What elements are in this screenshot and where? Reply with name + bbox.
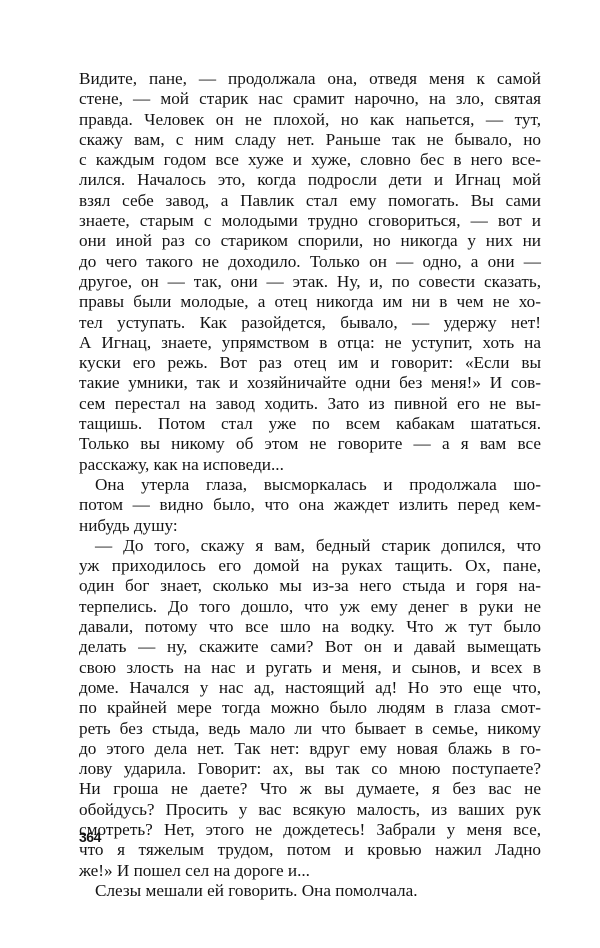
page-number: 364 [79, 829, 101, 845]
text-line: давали, потому что все шло на водку. Что… [79, 617, 541, 637]
text-line: обойдусь? Просить у вас всякую малость, … [79, 800, 541, 820]
text-line: куски его режь. Вот раз отец им и говори… [79, 353, 541, 373]
text-line: знаете, старым с молодыми трудно сговори… [79, 211, 541, 231]
text-line: один бог знает, сколько мы из-за него ст… [79, 576, 541, 596]
text-line: же!» И пошел сел на дороге и... [79, 861, 541, 881]
text-line: Видите, пане, — продолжала она, отведя м… [79, 69, 541, 89]
text-line: лову ударила. Говорит: ах, вы так со мно… [79, 759, 541, 779]
text-line: — До того, скажу я вам, бедный старик до… [79, 536, 541, 556]
text-line: нибудь душу: [79, 516, 541, 536]
text-line: правы были молодые, а отец никогда им ни… [79, 292, 541, 312]
text-line: расскажу, как на исповеди... [79, 455, 541, 475]
text-line: потом — видно было, что она жаждет излит… [79, 495, 541, 515]
text-line: правда. Человек он не плохой, но как нап… [79, 110, 541, 130]
text-line: доме. Начался у нас ад, настоящий ад! Но… [79, 678, 541, 698]
text-line: Ни гроша не даете? Что ж вы думаете, я б… [79, 779, 541, 799]
text-line: с каждым годом все хуже и хуже, словно б… [79, 150, 541, 170]
text-line: реть без стыда, ведь мало ли что бывает … [79, 719, 541, 739]
text-line: до этого дела нет. Так нет: вдруг ему но… [79, 739, 541, 759]
text-line: они иной раз со стариком спорили, но ник… [79, 231, 541, 251]
text-line: терпелись. До того дошло, что уж ему ден… [79, 597, 541, 617]
page-text-block: Видите, пане, — продолжала она, отведя м… [79, 69, 541, 901]
text-line: смотреть? Нет, этого не дождетесь! Забра… [79, 820, 541, 840]
text-line: уж приходилось его домой на руках тащить… [79, 556, 541, 576]
text-line: Она утерла глаза, высморкалась и продолж… [79, 475, 541, 495]
text-line: такие умники, так и хозяйничайте одни бе… [79, 373, 541, 393]
text-line: тащишь. Потом стал уже по всем кабакам ш… [79, 414, 541, 434]
text-line: делать — ну, скажите сами? Вот он и дава… [79, 637, 541, 657]
text-line: что я тяжелым трудом, потом и кровью наж… [79, 840, 541, 860]
text-line: взял себе завод, а Павлик стал ему помог… [79, 191, 541, 211]
text-line: сем перестал на завод ходить. Зато из пи… [79, 394, 541, 414]
text-line: до чего такого не доходило. Только он — … [79, 252, 541, 272]
text-line: А Игнац, знаете, упрямством в отца: не у… [79, 333, 541, 353]
text-line: Слезы мешали ей говорить. Она помолчала. [79, 881, 541, 901]
text-line: по крайней мере тогда можно было людям в… [79, 698, 541, 718]
text-line: стене, — мой старик нас срамит нарочно, … [79, 89, 541, 109]
text-line: Только вы никому об этом не говорите — а… [79, 434, 541, 454]
text-line: свою злость на нас и ругать и меня, и сы… [79, 658, 541, 678]
text-line: другое, он — так, они — этак. Ну, и, по … [79, 272, 541, 292]
text-line: скажу вам, с ним сладу нет. Раньше так н… [79, 130, 541, 150]
text-line: тел уступать. Как разойдется, бывало, — … [79, 313, 541, 333]
text-line: лился. Началось это, когда подросли дети… [79, 170, 541, 190]
